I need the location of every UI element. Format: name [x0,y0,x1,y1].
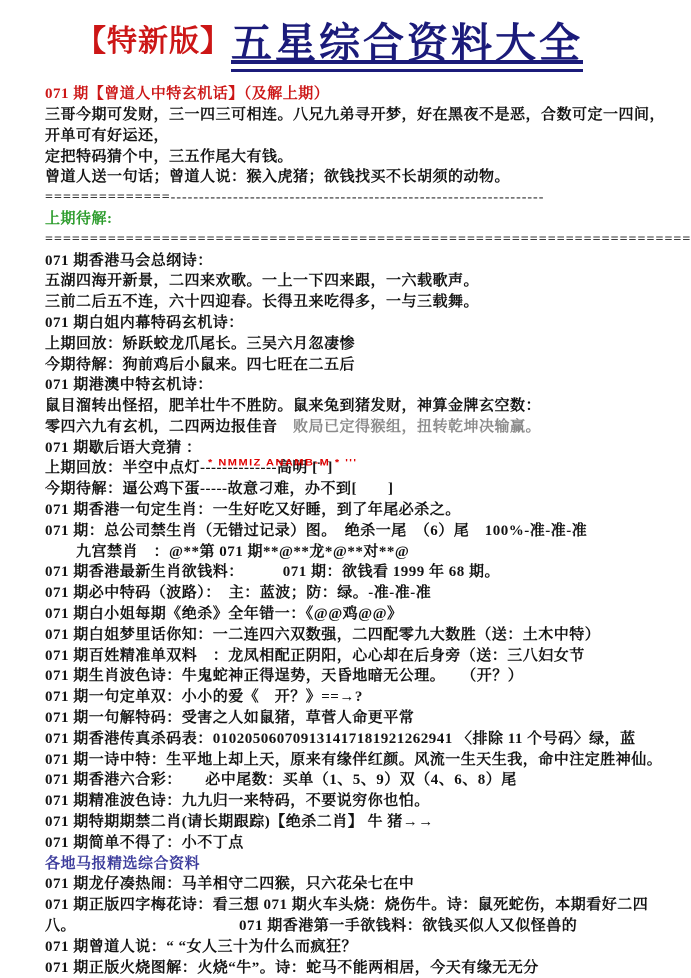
line-text: 071 期香港马会总纲诗： [45,253,213,269]
line-text: 今期待解：逼公鸡下蛋-----故意刁难，办不到[ ] [45,481,393,497]
text-line: 071 期香港六合彩： 必中尾数：买单（1、5、9）双（4、6、8）尾 [45,770,687,791]
line-text: 071 期龙仔凑热闹：马羊相守二四猴，只六花朵七在中 [45,876,414,892]
line-text: 071 期香港传真杀码表：010205060709131417181921262… [45,731,636,747]
text-line: 上期回放：矫跃蛟龙爪尾长。三吴六月忽凄惨 [45,334,687,355]
text-line: 鼠目溜转出怪招，肥羊壮牛不胜防。鼠来兔到猪发财，神算金牌玄空数： [45,396,687,417]
line-text: 071 期百姓精准单双料 ：龙凤相配正阴阳，心心却在后身旁（送：三八妇女节 [45,648,585,664]
text-line: 071 期香港马会总纲诗： [45,251,687,272]
title-edition-tag: 【特新版】 [76,25,231,58]
line-text: 071 期白姐梦里话你知：一二连四六双数强，二四配零九大数胜（送：土木中特） [45,627,600,643]
text-line: 上期待解: [45,209,687,230]
text-line: 071 期：总公司禁生肖（无错过记录）图。 绝杀一尾 （6）尾 100%-准-准… [45,521,687,542]
line-text: 各地马报精选综合资料 [45,856,200,872]
text-line: 八。 071 期香港第一手欲钱料：欲钱买似人又似怪兽的 [45,916,687,937]
text-line: 开单可有好运还， [45,126,687,147]
text-line: 071 期一句解特码：受害之人如鼠猪，草菅人命更平常 [45,708,687,729]
line-text: 071 期简单不得了：小不丁点 [45,835,244,851]
text-line: 曾道人送一句话；曾道人说：猴入虎猪；欲钱找买不长胡须的动物。 [45,167,687,188]
text-line: 071 期精准波色诗：九九归一来特码，不要说穷你也怕。 [45,791,687,812]
text-line: 071 期特期期禁二肖(请长期跟踪)【绝杀二肖】 牛 猪→→ [45,812,687,833]
line-text: 071 期白姐内幕特码玄机诗： [45,315,244,331]
line-text: 071 期生肖波色诗：牛鬼蛇神正得逞势，天昏地暗无公理。 （开？） [45,668,523,684]
line-text: 071 期一诗中特：生平地上却上天，原来有缘伴红颜。风流一生天生我，命中注定胜神… [45,752,662,768]
text-line: 零四六九有玄机，二四两边报佳音 败局已定得猴组，扭转乾坤决输赢。 [45,417,687,438]
text-line: 今期待解：逼公鸡下蛋-----故意刁难，办不到[ ] [45,479,687,500]
body-lines: 071 期【曾道人中特玄机话】（及解上期）三哥今期可发财，三一四三可相连。八兄九… [0,76,691,978]
text-line: 071 期龙仔凑热闹：马羊相守二四猴，只六花朵七在中 [45,874,687,895]
red-watermark-text: * NMMIZ ANAMB-M * ''' [208,455,358,473]
text-line: 071 期香港一句定生肖：一生好吃又好睡，到了年尾必杀之。 [45,500,687,521]
text-line: 071 期香港传真杀码表：010205060709131417181921262… [45,729,687,750]
line-text: 定把特码猜个中，三五作尾大有钱。 [45,149,293,165]
line-text: 071 期一句解特码：受害之人如鼠猪，草菅人命更平常 [45,710,414,726]
text-line: 071 期必中特码（波路）： 主：蓝波；防：绿。-准-准-准 [45,583,687,604]
line-text: ========================================… [45,232,691,247]
line-text: 071 期必中特码（波路）： 主：蓝波；防：绿。-准-准-准 [45,585,431,601]
text-line: 三哥今期可发财，三一四三可相连。八兄九弟寻开梦，好在黑夜不是恶，合数可定一四间， [45,105,687,126]
line-text: 071 期歇后语大竞猜 ： [45,440,202,456]
line-text: 八。 071 期香港第一手欲钱料：欲钱买似人又似怪兽的 [45,918,577,934]
line-text: 071 期正版四字梅花诗：看三想 071 期火车头烧：烧伤牛。诗：鼠死蛇伤，本期… [45,897,648,913]
line-text: ==============--------------------------… [45,190,544,205]
text-line: 071 期正版火烧图解：火烧“牛”。诗：蛇马不能两相居，今天有缘无无分 [45,958,687,978]
text-line: 各地马报精选综合资料 [45,854,687,875]
page-title: 【特新版】五星综合资料大全 [0,0,691,76]
line-text: 鼠目溜转出怪招，肥羊壮牛不胜防。鼠来兔到猪发财，神算金牌玄空数： [45,398,541,414]
text-line: 071 期百姓精准单双料 ：龙凤相配正阴阳，心心却在后身旁（送：三八妇女节 [45,646,687,667]
text-line: 071 期生肖波色诗：牛鬼蛇神正得逞势，天昏地暗无公理。 （开？） [45,666,687,687]
line-text: 071 期：总公司禁生肖（无错过记录）图。 绝杀一尾 （6）尾 100%-准-准… [45,523,587,539]
title-main-text: 五星综合资料大全 [231,20,583,72]
line-text: 上期回放：矫跃蛟龙爪尾长。三吴六月忽凄惨 [45,336,355,352]
text-line: 071 期歇后语大竞猜 ： [45,438,687,459]
text-line: 071 期港澳中特玄机诗： [45,375,687,396]
line-text: 曾道人送一句话；曾道人说：猴入虎猪；欲钱找买不长胡须的动物。 [45,169,510,185]
text-line: 071 期白姐梦里话你知：一二连四六双数强，二四配零九大数胜（送：土木中特） [45,625,687,646]
line-text: 五湖四海开新景，二四来欢歌。一上一下四来跟，一六载歌声。 [45,273,479,289]
separator-line: ==============--------------------------… [45,188,687,209]
line-text: 071 期正版火烧图解：火烧“牛”。诗：蛇马不能两相居，今天有缘无无分 [45,960,539,976]
line-text: 三哥今期可发财，三一四三可相连。八兄九弟寻开梦，好在黑夜不是恶，合数可定一四间， [45,107,665,123]
document-page: 【特新版】五星综合资料大全 071 期【曾道人中特玄机话】（及解上期）三哥今期可… [0,0,691,978]
line-text: 071 期曾道人说：“ “女人三十为什么而疯狂？ [45,939,357,955]
text-line: 五湖四海开新景，二四来欢歌。一上一下四来跟，一六载歌声。 [45,271,687,292]
text-line: 今期待解：狗前鸡后小鼠来。四七旺在二五后 [45,355,687,376]
line-text: 071 期精准波色诗：九九归一来特码，不要说穷你也怕。 [45,793,430,809]
text-line: 071 期简单不得了：小不丁点 [45,833,687,854]
line-text: 071 期【曾道人中特玄机话】（及解上期） [45,86,329,102]
text-line: 三前二后五不连，六十四迎春。长得丑来吃得多，一与三载舞。 [45,292,687,313]
line-text: 开单可有好运还， [45,128,169,144]
line-text: 071 期一句定单双：小小的爱《 开？》==→? [45,689,363,705]
line-text: 三前二后五不连，六十四迎春。长得丑来吃得多，一与三载舞。 [45,294,479,310]
line-text: 上期待解: [45,211,113,227]
text-line: 071 期曾道人说：“ “女人三十为什么而疯狂？ [45,937,687,958]
line-text: 071 期特期期禁二肖(请长期跟踪)【绝杀二肖】 牛 猪→→ [45,814,434,830]
text-line: 071 期【曾道人中特玄机话】（及解上期） [45,84,687,105]
line-text: 今期待解：狗前鸡后小鼠来。四七旺在二五后 [45,357,355,373]
text-line: 071 期正版四字梅花诗：看三想 071 期火车头烧：烧伤牛。诗：鼠死蛇伤，本期… [45,895,687,916]
line-text: 071 期香港最新生肖欲钱料： 071 期：欲钱看 1999 年 68 期。 [45,564,500,580]
faded-tail-text: 败局已定得猴组，扭转乾坤决输赢。 [278,419,542,435]
line-text: 零四六九有玄机，二四两边报佳音 [45,419,278,435]
text-line: 071 期白小姐每期《绝杀》全年错一：《@@鸡@@》 [45,604,687,625]
text-line: 九宫禁肖 ：@**第 071 期**@**龙*@**对**@ [45,542,687,563]
text-line: 071 期一诗中特：生平地上却上天，原来有缘伴红颜。风流一生天生我，命中注定胜神… [45,750,687,771]
line-text: 071 期香港一句定生肖：一生好吃又好睡，到了年尾必杀之。 [45,502,461,518]
line-text: 071 期香港六合彩： 必中尾数：买单（1、5、9）双（4、6、8）尾 [45,772,517,788]
text-line: 071 期一句定单双：小小的爱《 开？》==→? [45,687,687,708]
text-line: 定把特码猜个中，三五作尾大有钱。 [45,147,687,168]
line-text: 071 期白小姐每期《绝杀》全年错一：《@@鸡@@》 [45,606,403,622]
line-text: 九宫禁肖 ：@**第 071 期**@**龙*@**对**@ [45,544,409,560]
line-text: 071 期港澳中特玄机诗： [45,377,213,393]
text-line: 071 期香港最新生肖欲钱料： 071 期：欲钱看 1999 年 68 期。 [45,562,687,583]
text-line: 上期回放：半空中点灯--------------高明 [¨ ]* NMMIZ A… [45,458,687,479]
separator-line: ========================================… [45,230,687,251]
text-line: 071 期白姐内幕特码玄机诗： [45,313,687,334]
